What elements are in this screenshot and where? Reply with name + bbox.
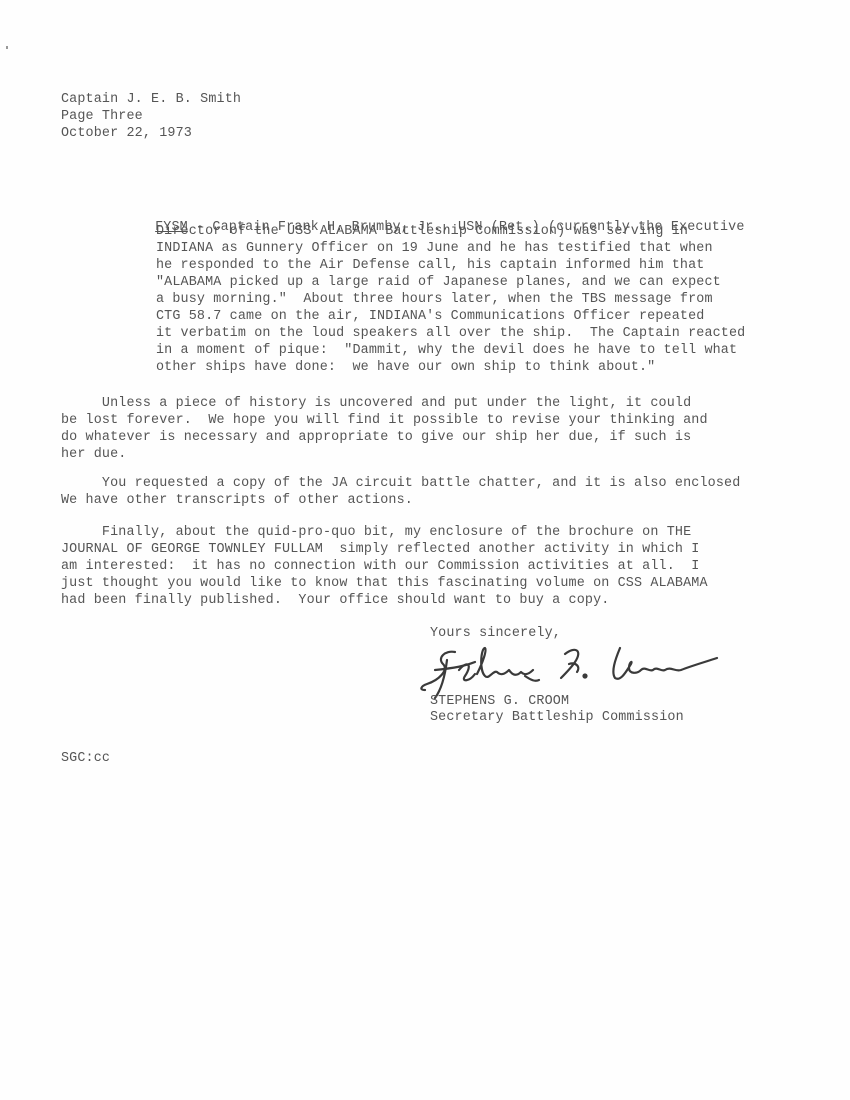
fysm-line-3: he responded to the Air Defense call, hi… — [156, 259, 704, 272]
page-number: Page Three — [61, 110, 143, 123]
recipient: Captain J. E. B. Smith — [61, 93, 241, 106]
scan-speck — [6, 46, 8, 49]
letter-page: Captain J. E. B. Smith Page Three Octobe… — [0, 0, 850, 1100]
fysm-line-6: CTG 58.7 came on the air, INDIANA's Comm… — [156, 310, 704, 323]
fysm-line-7: it verbatim on the loud speakers all ove… — [156, 327, 745, 340]
fysm-line-8: in a moment of pique: "Dammit, why the d… — [156, 344, 737, 357]
fysm-line-1: Director of the USS ALABAMA Battleship C… — [156, 225, 688, 238]
fysm-line-9: other ships have done: we have our own s… — [156, 361, 655, 374]
history-line-2: do whatever is necessary and appropriate… — [61, 431, 691, 444]
history-line-0: Unless a piece of history is uncovered a… — [61, 397, 691, 410]
fysm-line-5: a busy morning." About three hours later… — [156, 293, 713, 306]
typist-initials: SGC:cc — [61, 752, 110, 765]
signer-title: Secretary Battleship Commission — [430, 711, 684, 724]
signature-image — [415, 640, 725, 700]
signer-name: STEPHENS G. CROOM — [430, 695, 569, 708]
finally-line-1: JOURNAL OF GEORGE TOWNLEY FULLAM simply … — [61, 543, 699, 556]
fysm-line-2: INDIANA as Gunnery Officer on 19 June an… — [156, 242, 713, 255]
letter-date: October 22, 1973 — [61, 127, 192, 140]
fysm-line-4: "ALABAMA picked up a large raid of Japan… — [156, 276, 721, 289]
transcript-line-1: We have other transcripts of other actio… — [61, 494, 413, 507]
finally-line-2: am interested: it has no connection with… — [61, 560, 699, 573]
salutation: Yours sincerely, — [430, 627, 561, 640]
transcript-line-0: You requested a copy of the JA circuit b… — [61, 477, 740, 490]
finally-line-0: Finally, about the quid-pro-quo bit, my … — [61, 526, 691, 539]
history-line-3: her due. — [61, 448, 127, 461]
history-line-1: be lost forever. We hope you will find i… — [61, 414, 708, 427]
finally-line-3: just thought you would like to know that… — [61, 577, 708, 590]
finally-line-4: had been finally published. Your office … — [61, 594, 609, 607]
